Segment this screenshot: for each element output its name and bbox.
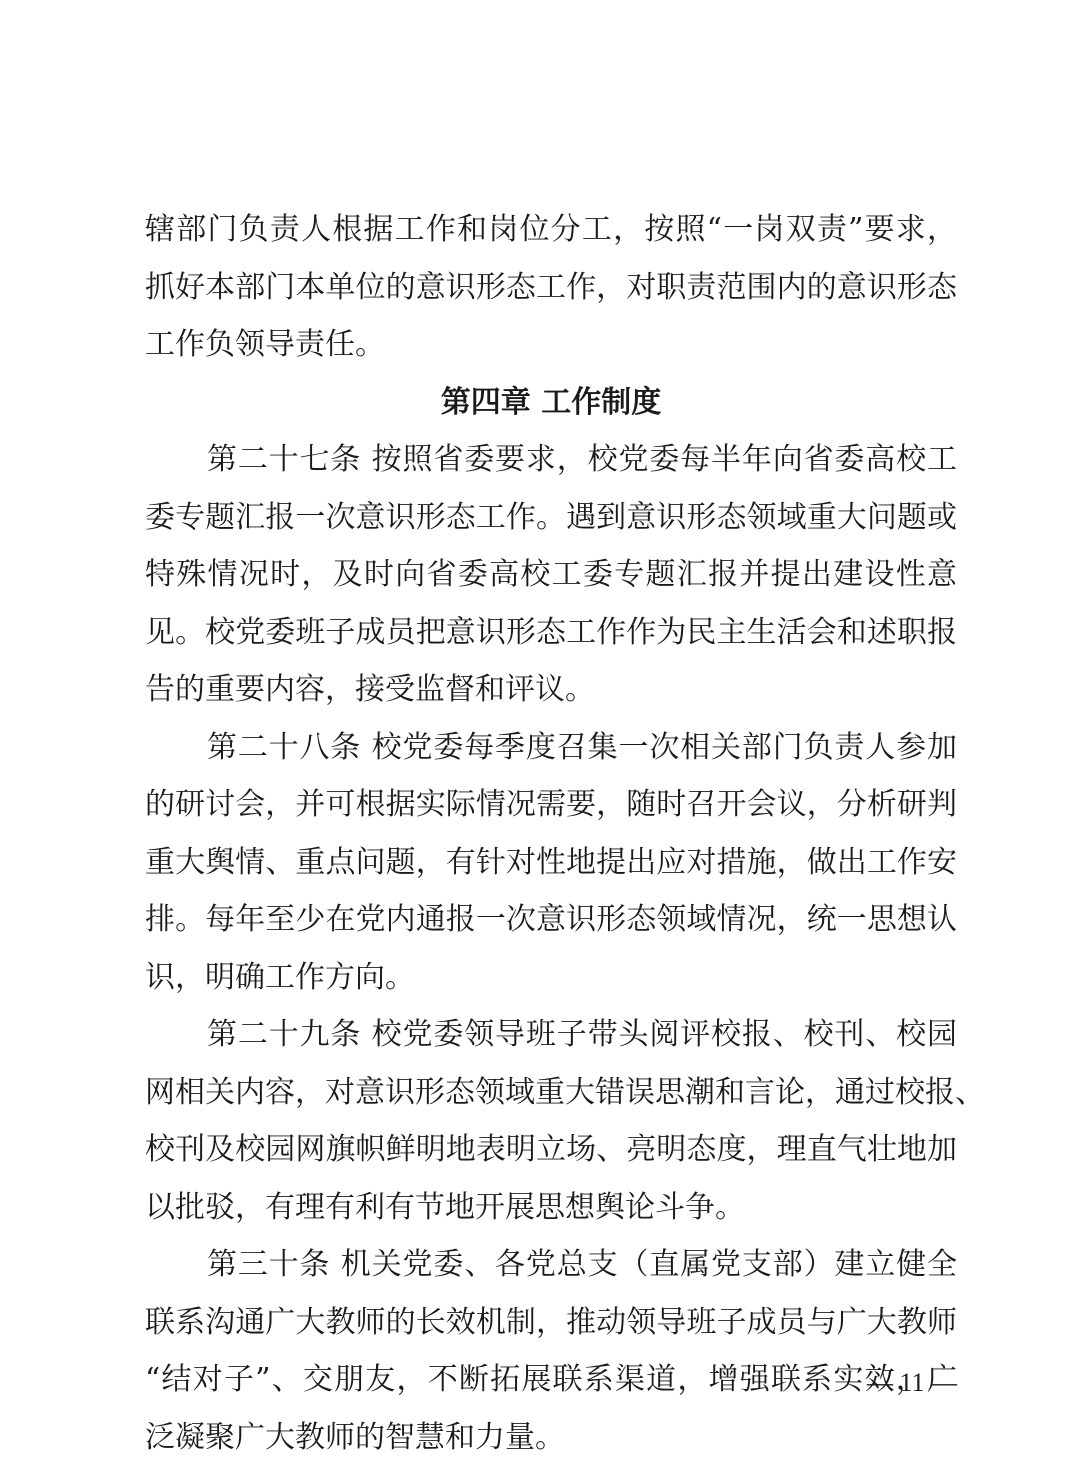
text-line: 识，明确工作方向。 <box>145 949 957 1007</box>
article-27: 第二十七条 按照省委要求，校党委每半年向省委高校工 委专题汇报一次意识形态工作。… <box>145 431 957 719</box>
text-line: 委专题汇报一次意识形态工作。遇到意识形态领域重大问题或 <box>145 489 957 547</box>
text-line: 以批驳，有理有利有节地开展思想舆论斗争。 <box>145 1179 957 1237</box>
text-line: 工作负领导责任。 <box>145 316 957 374</box>
article-30: 第三十条 机关党委、各党总支（直属党支部）建立健全 联系沟通广大教师的长效机制，… <box>145 1236 957 1466</box>
article-28: 第二十八条 校党委每季度召集一次相关部门负责人参加 的研讨会，并可根据实际情况需… <box>145 719 957 1007</box>
article-first-line: 第二十七条 按照省委要求，校党委每半年向省委高校工 <box>145 431 957 489</box>
text-line: “结对子”、交朋友，不断拓展联系渠道，增强联系实效，广 <box>145 1351 957 1409</box>
text-line: 重大舆情、重点问题，有针对性地提出应对措施，做出工作安 <box>145 834 957 892</box>
article-first-line: 第二十八条 校党委每季度召集一次相关部门负责人参加 <box>145 719 957 777</box>
continuation-paragraph: 辖部门负责人根据工作和岗位分工，按照“一岗双责”要求， 抓好本部门本单位的意识形… <box>145 201 957 374</box>
text-line: 辖部门负责人根据工作和岗位分工，按照“一岗双责”要求， <box>145 201 957 259</box>
text-line: 排。每年至少在党内通报一次意识形态领域情况，统一思想认 <box>145 891 957 949</box>
article-first-line: 第三十条 机关党委、各党总支（直属党支部）建立健全 <box>145 1236 957 1294</box>
text-line: 网相关内容，对意识形态领域重大错误思潮和言论，通过校报、 <box>145 1064 957 1122</box>
chapter-heading: 第四章 工作制度 <box>145 374 957 432</box>
text-line: 见。校党委班子成员把意识形态工作作为民主生活会和述职报 <box>145 604 957 662</box>
document-page: 辖部门负责人根据工作和岗位分工，按照“一岗双责”要求， 抓好本部门本单位的意识形… <box>145 201 957 1466</box>
text-line: 抓好本部门本单位的意识形态工作，对职责范围内的意识形态 <box>145 259 957 317</box>
text-line: 泛凝聚广大教师的智慧和力量。 <box>145 1409 957 1467</box>
text-line: 校刊及校园网旗帜鲜明地表明立场、亮明态度，理直气壮地加 <box>145 1121 957 1179</box>
text-line: 的研讨会，并可根据实际情况需要，随时召开会议，分析研判 <box>145 776 957 834</box>
text-line: 特殊情况时，及时向省委高校工委专题汇报并提出建设性意 <box>145 546 957 604</box>
page-number: — 11 — <box>862 1368 962 1398</box>
text-line: 告的重要内容，接受监督和评议。 <box>145 661 957 719</box>
article-first-line: 第二十九条 校党委领导班子带头阅评校报、校刊、校园 <box>145 1006 957 1064</box>
article-29: 第二十九条 校党委领导班子带头阅评校报、校刊、校园 网相关内容，对意识形态领域重… <box>145 1006 957 1236</box>
text-line: 联系沟通广大教师的长效机制，推动领导班子成员与广大教师 <box>145 1294 957 1352</box>
